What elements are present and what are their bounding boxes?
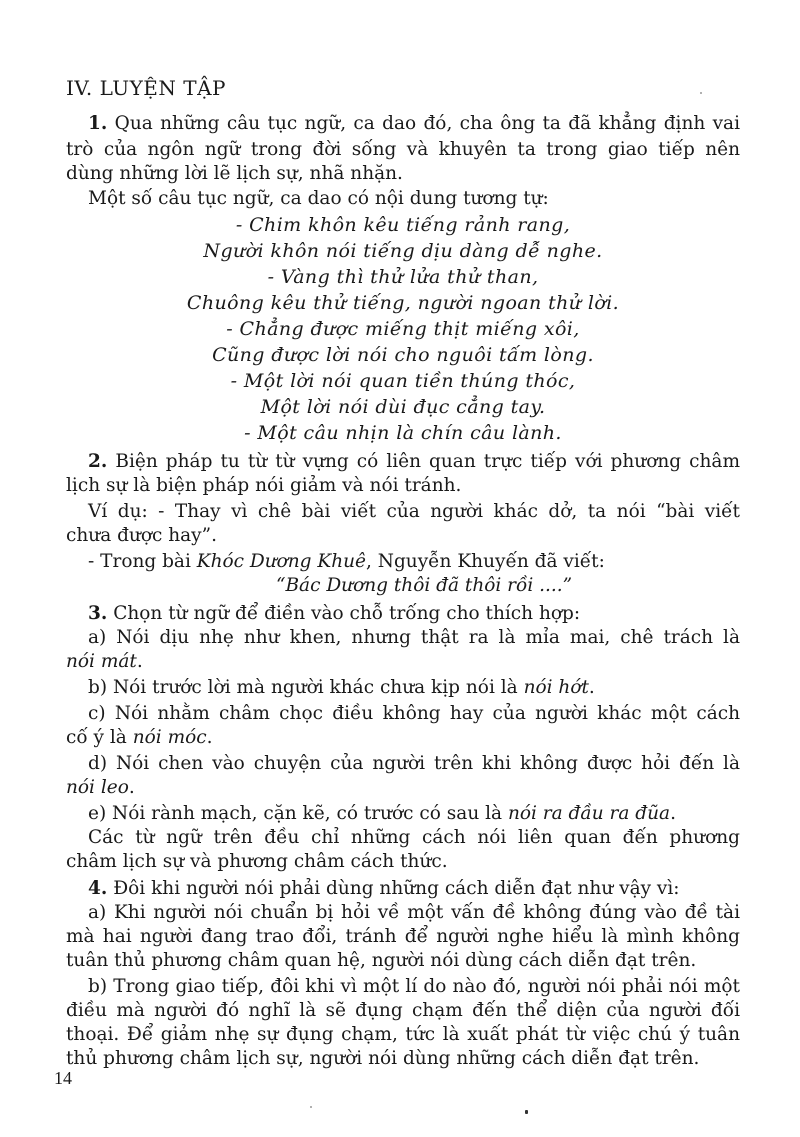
q4-a-line-3: tuân thủ phương châm quan hệ, người nói … xyxy=(66,949,696,973)
poem-title: Khóc Dương Khuê xyxy=(197,551,366,572)
scan-speck xyxy=(525,1110,528,1114)
q3-item-d-line-2: nói leo. xyxy=(66,776,135,800)
q3-item-c-line-1: c) Nói nhằm châm chọc điều không hay của… xyxy=(88,702,740,726)
q4-prompt: 4. Đôi khi người nói phải dùng những các… xyxy=(88,877,680,901)
q4-b-line-3: thoại. Để giảm nhẹ sự đụng chạm, tức là … xyxy=(66,1023,740,1047)
q3-prompt: 3. Chọn từ ngữ để điền vào chỗ trống cho… xyxy=(88,602,580,626)
q3-number: 3. xyxy=(88,603,107,624)
q4-b-line-4: thủ phương châm lịch sự, người nói dùng … xyxy=(66,1047,699,1071)
q2-line-2: lịch sự là biện pháp nói giảm và nói trá… xyxy=(66,474,461,498)
q3-conclusion-line-2: châm lịch sự và phương châm cách thức. xyxy=(66,850,448,874)
q1-line-3: dùng những lời lẽ lịch sự, nhã nhặn. xyxy=(66,162,403,186)
q1-intro: Một số câu tục ngữ, ca dao có nội dung t… xyxy=(88,187,549,211)
poem-line: Chuông kêu thử tiếng, người ngoan thử lờ… xyxy=(66,291,740,315)
section-title: IV. LUYỆN TẬP xyxy=(66,76,226,100)
poem-line: Người khôn nói tiếng dịu dàng dễ nghe. xyxy=(66,239,740,263)
q3-item-e: e) Nói rành mạch, cặn kẽ, có trước có sa… xyxy=(88,802,676,826)
q4-number: 4. xyxy=(88,878,107,899)
poem-line: - Một câu nhịn là chín câu lành. xyxy=(66,421,740,445)
q2-quote: “Bác Dương thôi đã thôi rồi ....” xyxy=(276,574,572,598)
answer: nói móc xyxy=(133,727,207,748)
q4-a-line-1: a) Khi người nói chuẩn bị hỏi về một vấn… xyxy=(88,901,740,925)
q3-item-c-line-2: cố ý là nói móc. xyxy=(66,726,213,750)
q2-number: 2. xyxy=(88,451,107,472)
page-number: 14 xyxy=(54,1068,72,1089)
q2-example-line-2: chưa được hay”. xyxy=(66,524,217,548)
q4-b-line-1: b) Trong giao tiếp, đôi khi vì một lí do… xyxy=(88,975,740,999)
q3-item-a-line-1: a) Nói dịu nhẹ như khen, nhưng thật ra l… xyxy=(88,626,740,650)
poem-line: Một lời nói dùi đục cẳng tay. xyxy=(66,395,740,419)
scan-speck xyxy=(700,92,702,94)
scan-speck xyxy=(310,1106,312,1108)
poem-line: - Chim khôn kêu tiếng rảnh rang, xyxy=(66,213,740,237)
q3-item-a-line-2: nói mát. xyxy=(66,650,143,674)
q2-example-line-1: Ví dụ: - Thay vì chê bài viết của người … xyxy=(88,500,740,524)
answer: nói mát xyxy=(66,651,137,672)
q1-line-1: 1. Qua những câu tục ngữ, ca dao đó, cha… xyxy=(88,112,740,136)
answer: nói ra đầu ra đũa xyxy=(508,803,670,824)
q3-conclusion-line-1: Các từ ngữ trên đều chỉ những cách nói l… xyxy=(88,826,740,850)
answer: nói leo xyxy=(66,777,129,798)
q2-line-1: 2. Biện pháp tu từ từ vựng có liên quan … xyxy=(88,450,740,474)
poem-line: - Vàng thì thử lửa thử than, xyxy=(66,265,740,289)
q1-line-2: trò của ngôn ngữ trong đời sống và khuyê… xyxy=(66,138,740,162)
poem-line: - Một lời nói quan tiền thúng thóc, xyxy=(66,369,740,393)
q2-example-2: - Trong bài Khóc Dương Khuê, Nguyễn Khuy… xyxy=(88,550,605,574)
q3-item-d-line-1: d) Nói chen vào chuyện của người trên kh… xyxy=(88,752,740,776)
q4-a-line-2: mà hai người đang trao đổi, tránh để ngư… xyxy=(66,925,740,949)
poem-line: - Chẳng được miếng thịt miếng xôi, xyxy=(66,317,740,341)
answer: nói hớt xyxy=(524,677,589,698)
poem-line: Cũng được lời nói cho nguôi tấm lòng. xyxy=(66,343,740,367)
q4-b-line-2: điều mà người đó nghĩ là sẽ đụng chạm đế… xyxy=(66,999,740,1023)
q3-item-b: b) Nói trước lời mà người khác chưa kịp … xyxy=(88,676,595,700)
q1-number: 1. xyxy=(88,113,107,134)
